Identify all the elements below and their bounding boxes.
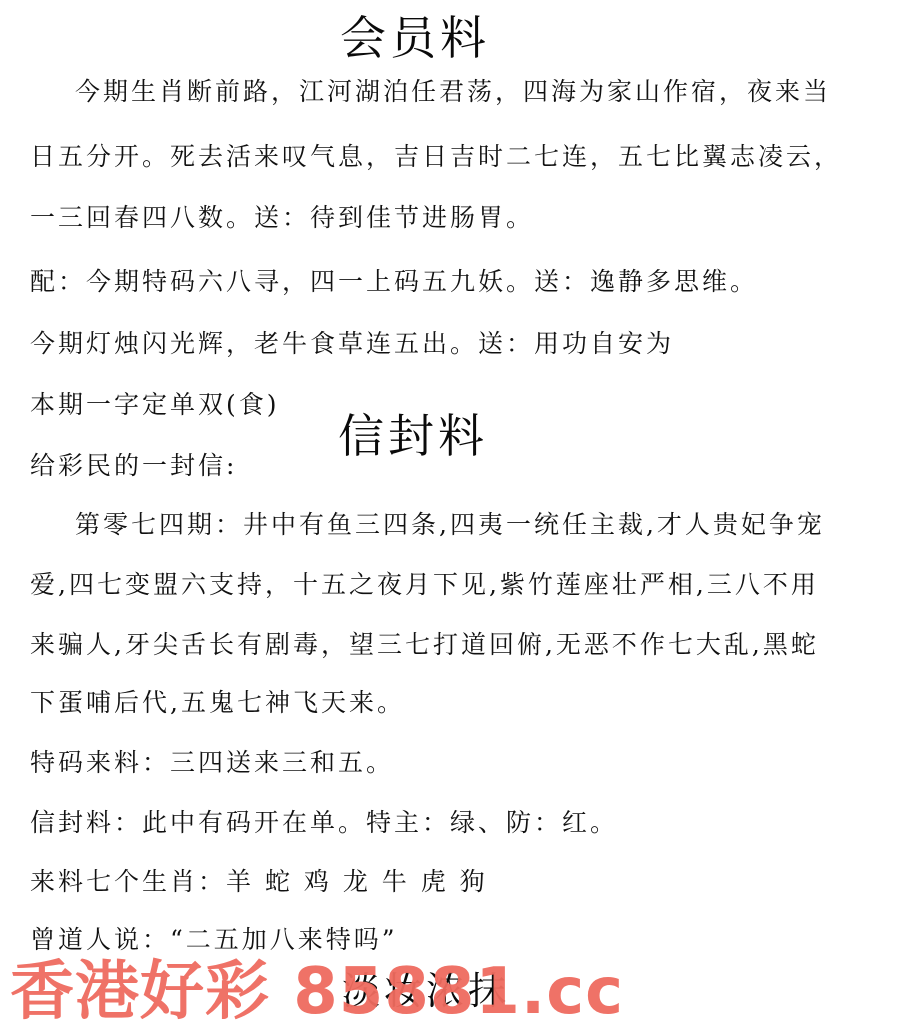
envelope-line-4: 下蛋哺后代,五鬼七神飞天来。 [30,683,405,719]
envelope-line-3: 来骗人,牙尖舌长有剧毒，望三七打道回俯,无恶不作七大乱,黑蛇 [30,625,819,661]
member-line-6: 本期一字定单双(食) [30,385,280,421]
member-line-1: 今期生肖断前路，江河湖泊任君荡，四海为家山作宿，夜来当 [75,72,831,108]
member-line-3: 一三回春四八数。送：待到佳节进肠胃。 [30,198,534,234]
envelope-line-7: 来料七个生肖：羊 蛇 鸡 龙 牛 虎 狗 [30,862,488,898]
member-line-5: 今期灯烛闪光辉，老牛食草连五出。送：用功自安为 [30,324,674,360]
watermark: 香港好彩 85881.cc [10,940,624,1024]
member-line-4: 配：今期特码六八寻，四一上码五九妖。送：逸静多思维。 [30,262,758,298]
envelope-intro: 给彩民的一封信: [30,446,237,482]
envelope-line-6: 信封料：此中有码开在单。特主：绿、防：红。 [30,803,618,839]
envelope-line-1: 第零七四期：井中有鱼三四条,四夷一统任主裁,才人贵妃争宠 [75,505,825,541]
envelope-line-2: 爱,四七变盟六支持，十五之夜月下见,紫竹莲座壮严相,三八不用 [30,565,819,601]
section-title-envelope: 信封料 [338,400,488,466]
member-line-2: 日五分开。死去活来叹气息，吉日吉时二七连，五七比翼志凌云， [30,137,842,173]
envelope-line-5: 特码来料：三四送来三和五。 [30,743,394,779]
section-title-member: 会员料 [340,2,490,68]
